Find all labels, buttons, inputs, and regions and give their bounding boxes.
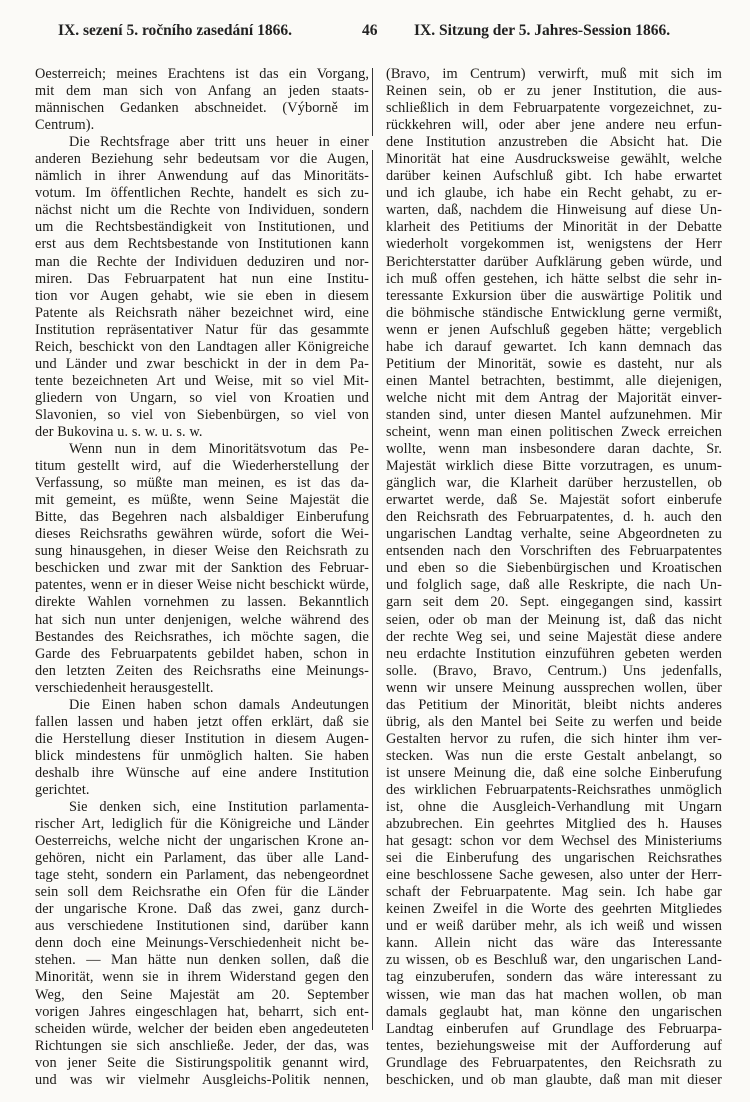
text-line: Oesterreichs, welche nicht der ungarisch… <box>35 833 369 850</box>
text-line: um die Rechtsbeständigkeit von Instituti… <box>35 219 369 236</box>
text-line: votum. Im öffentlichen Rechte, handelt e… <box>35 185 369 202</box>
text-line: kann. Allein nicht das wäre das Interess… <box>386 935 722 952</box>
text-line: schließlich in dem Februarpatente vorgez… <box>386 100 722 117</box>
text-line: der Bukovina u. s. w. u. s. w. <box>35 424 369 441</box>
text-line: beschicken, und ob man glaubte, daß man … <box>386 1072 722 1089</box>
text-line: damals geglaubt hat, man könne den ungar… <box>386 1004 722 1021</box>
text-line: tage steht, sondern ein Parlament, das n… <box>35 867 369 884</box>
text-line: zu wissen, ob es Beschluß war, den ungar… <box>386 952 722 969</box>
text-line: scheiden würde, welcher der beiden eben … <box>35 1021 369 1038</box>
text-line: Oesterreich; meines Erachtens ist das ei… <box>35 66 369 83</box>
text-line: nächst nicht um die Rechte von Individue… <box>35 202 369 219</box>
text-line: rischer Art, lediglich für die Königreic… <box>35 816 369 833</box>
text-line: und folglich sage, daß alle Reskripte, d… <box>386 577 722 594</box>
text-line: wenn wir unsere Meinung aussprechen woll… <box>386 680 722 697</box>
text-line: übrig, als den Mantel bei Seite zu werfe… <box>386 714 722 731</box>
text-line: titum gestellt wird, auf die Wiederherst… <box>35 458 369 475</box>
text-line: verschiedenheit herausgestellt. <box>35 680 369 697</box>
text-line: miren. Das Februarpatent hat nun eine In… <box>35 271 369 288</box>
text-line: wissen, wie man das hat machen wollen, o… <box>386 987 722 1004</box>
text-line: das Petitium der Minorität, bleibt nicht… <box>386 697 722 714</box>
text-line: sein soll dem Reichsrathe ein Ofen für d… <box>35 884 369 901</box>
text-line: Grundlage des Februarpatentes, den Reich… <box>386 1055 722 1072</box>
text-line: vorigen Jahres eingeschlagen hat, beharr… <box>35 1004 369 1021</box>
text-line: warten, daß, nachdem die Hinweisung auf … <box>386 202 722 219</box>
text-line: die böhmische ständische Entwicklung ger… <box>386 305 722 322</box>
text-line: keinen Zweifel in die Worte des geehrten… <box>386 901 722 918</box>
text-line: gerichtet. <box>35 782 369 799</box>
text-line: welche nicht mit dem Antrag der Majoritä… <box>386 390 722 407</box>
text-line: und er weiß darüber mehr, als ich weiß u… <box>386 918 722 935</box>
text-line: denn doch eine Meinungs-Verschiedenheit … <box>35 935 369 952</box>
text-line: klarheit des Petitiums der Minorität in … <box>386 219 722 236</box>
text-line: erwartet werde, daß Se. Majestät sofort … <box>386 492 722 509</box>
text-line: wollte, wenn man insbesondere daran dach… <box>386 441 722 458</box>
text-line: Minorität hat eine Ausdrucksweise gewähl… <box>386 151 722 168</box>
text-line: und Länder und zwar beschickt in der in … <box>35 356 369 373</box>
text-line: mit gemeint, es müßte, wenn Seine Majest… <box>35 492 369 509</box>
text-line: der ungarische Krone. Daß das zwei, ganz… <box>35 901 369 918</box>
text-line: und was wir vielmehr Ausgleichs-Politik … <box>35 1072 369 1089</box>
text-line: tion vor Augen gehabt, wie sie eben in d… <box>35 288 369 305</box>
right-text-column: (Bravo, im Centrum) verwirft, muß mit si… <box>386 66 722 1089</box>
text-line: scheint, wenn man einen politischen Zwec… <box>386 424 722 441</box>
text-line: wenn er jenen Aufschluß gegeben hätte; v… <box>386 322 722 339</box>
text-line: hat gesagt: schon vor dem Wechsel des Mi… <box>386 833 722 850</box>
text-line: tente bezeichneten Art und Weise, mit so… <box>35 373 369 390</box>
text-line: gliedern von Ungarn, so viel von Kroatie… <box>35 390 369 407</box>
text-line: man die Rechte der Individuen deduziren … <box>35 254 369 271</box>
text-line: direkte Wahlen vornehmen zu lassen. Beka… <box>35 594 369 611</box>
text-line: Slavonien, so viel von Siebenbürgen, so … <box>35 407 369 424</box>
text-line: solle. (Bravo, Bravo, Centrum.) Uns jede… <box>386 663 722 680</box>
text-line: Garde des Februarpatents gebildet haben,… <box>35 646 369 663</box>
text-line: Die Rechtsfrage aber tritt uns heuer in … <box>35 134 369 151</box>
text-line: gänglich war, die Klarheit darüber herzu… <box>386 475 722 492</box>
text-line: ungarischen Landtag verhalte, seine Abge… <box>386 526 722 543</box>
text-line: und ich glaube, ich habe ein Recht gehab… <box>386 185 722 202</box>
text-line: hat sich nun unter denjenigen, welche wä… <box>35 612 369 629</box>
text-line: patentes, wenn er in dieser Weise nicht … <box>35 577 369 594</box>
text-line: dieses Reichsraths gewähren würde, sofor… <box>35 526 369 543</box>
text-line: gehören, nicht ein Parlament, das über a… <box>35 850 369 867</box>
text-line: Institution repräsentativer Natur für da… <box>35 322 369 339</box>
text-line: erst aus dem Rechtsbestande von Institut… <box>35 236 369 253</box>
text-line: neu erdachte Institution einzuführen geb… <box>386 646 722 663</box>
text-line: Weg, den Seine Majestät am 20. September <box>35 987 369 1004</box>
left-text-column: Oesterreich; meines Erachtens ist das ei… <box>35 66 369 1089</box>
text-line: Landtag einberufen auf Grundlage des Feb… <box>386 1021 722 1038</box>
text-line: Petitium der Minorität, sowie es dasteht… <box>386 356 722 373</box>
text-line: darüber keinen Aufschluß gibt. Ich habe … <box>386 168 722 185</box>
text-line: Patente als Reichsrath näher bezeichnet … <box>35 305 369 322</box>
text-line: Die Einen haben schon damals Andeutungen <box>35 697 369 714</box>
text-line: tag einzuberufen, sondern das wäre inter… <box>386 969 722 986</box>
text-line: teressante Exkursion über die auswärtige… <box>386 288 722 305</box>
text-line: von jener Seite die Sistirungspolitik ge… <box>35 1055 369 1072</box>
text-line: nämlich in ihrer Anwendung auf das Minor… <box>35 168 369 185</box>
text-line: sung hinausgehen, in dieser Weise den Re… <box>35 543 369 560</box>
text-line: standen sind, unter diesen Mantel aufzun… <box>386 407 722 424</box>
text-line: stecken. Was nun die erste Gestalt anbel… <box>386 748 722 765</box>
text-line: Berichterstatter darüber Aufklärung gebe… <box>386 254 722 271</box>
text-line: Reinen sein, ob er zu jener Institution,… <box>386 83 722 100</box>
text-line: deshalb ihre Wünsche auf eine andere Ins… <box>35 765 369 782</box>
text-line: schaft der Februarpatente. Mag sein. Ich… <box>386 884 722 901</box>
header-german-title: IX. Sitzung der 5. Jahres-Session 1866. <box>414 22 670 40</box>
text-line: seien, oder ob man der Meinung ist, daß … <box>386 612 722 629</box>
text-line: den Reichsrath des Februarpatentes, d. h… <box>386 509 722 526</box>
text-line: (Bravo, im Centrum) verwirft, muß mit si… <box>386 66 722 83</box>
text-line: fallen lassen und haben jetzt offen erkl… <box>35 714 369 731</box>
header-czech-title: IX. sezení 5. ročního zasedání 1866. <box>58 22 292 40</box>
text-line: tentes, beziehungsweise mit der Aufforde… <box>386 1038 722 1055</box>
text-line: entsenden nach den Vorschriften des Febr… <box>386 543 722 560</box>
text-line: Wenn nun in dem Minoritätsvotum das Pe- <box>35 441 369 458</box>
text-line: der rechte Weg sei, und seine Majestät d… <box>386 629 722 646</box>
text-line: eine beschlossene Sache gewesen, also un… <box>386 867 722 884</box>
text-line: wiederholt vorgekommen ist, wenigstens d… <box>386 236 722 253</box>
page-number: 46 <box>362 22 378 40</box>
text-line: einen Mantel betrachten, bestimmt, alle … <box>386 373 722 390</box>
running-header: IX. sezení 5. ročního zasedání 1866. 46 … <box>0 22 750 44</box>
text-line: des wirklichen Februarpatents-Reichsrath… <box>386 782 722 799</box>
column-divider-top <box>372 68 373 136</box>
text-line: dene Institution anzustreben die Absicht… <box>386 134 722 151</box>
text-line: ist unsere Meinung die, daß eine solche … <box>386 765 722 782</box>
text-line: blick mindestens für unmöglich halten. S… <box>35 748 369 765</box>
text-line: stehen. — Man hätte nun denken sollen, d… <box>35 952 369 969</box>
text-line: anderen Beziehung sehr bedeutsam vor die… <box>35 151 369 168</box>
text-line: Sie denken sich, eine Institution parlam… <box>35 799 369 816</box>
text-line: habe ich darauf gewartet. Ich kann demna… <box>386 339 722 356</box>
text-line: männischen Gedanken abschneidet. (Výborn… <box>35 100 369 117</box>
text-line: abzubrechen. Ein geehrtes Mitglied des h… <box>386 816 722 833</box>
text-line: garn seit dem 20. Sept. eingegangen sind… <box>386 594 722 611</box>
text-line: den letzten Zeiten des Reichsraths eine … <box>35 663 369 680</box>
text-line: die Herstellung dieser Institution in di… <box>35 731 369 748</box>
text-line: rückkehren will, oder aber jene andere n… <box>386 117 722 134</box>
text-line: ist, ohne die Ausgleich-Verhandlung mit … <box>386 799 722 816</box>
text-line: mit dem man sich von Anfang an jeden sta… <box>35 83 369 100</box>
text-line: beschicken und zwar mit der Sanktion des… <box>35 560 369 577</box>
text-line: Centrum). <box>35 117 369 134</box>
text-line: Majestät wirklich diese Bitte vorzutrage… <box>386 458 722 475</box>
text-line: Bitte, das Begehren nach alsbaldiger Ein… <box>35 509 369 526</box>
text-line: sei die Einberufung des ungarischen Reic… <box>386 850 722 867</box>
text-line: Gestalten hervor zu rufen, die sich hint… <box>386 731 722 748</box>
text-line: Reich, beschickt von den Landtagen aller… <box>35 339 369 356</box>
column-divider <box>372 150 373 1030</box>
text-line: Richtungen sie sich anschließe. Jeder, d… <box>35 1038 369 1055</box>
text-line: Bestandes des Reichsrathes, ich möchte s… <box>35 629 369 646</box>
text-line: aus verschiedene Institutionen sind, dar… <box>35 918 369 935</box>
text-line: Minorität, wenn sie in ihrem Widerstand … <box>35 969 369 986</box>
text-line: Verfassung, so müßte man meinen, es ist … <box>35 475 369 492</box>
text-line: und eben so die Siebenbürgischen und Kro… <box>386 560 722 577</box>
text-line: ich muß offen gestehen, ich hätte selbst… <box>386 271 722 288</box>
